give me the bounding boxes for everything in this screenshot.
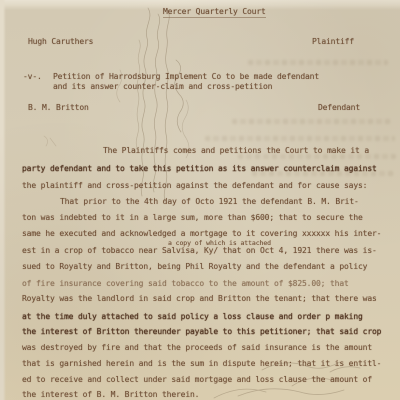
typed-line: same he executed and acknowledged a mort…	[22, 229, 381, 238]
typed-line: the interest of Britton thereunder payab…	[22, 327, 381, 336]
plaintiff-label: Plaintiff	[312, 37, 354, 46]
court-title: Mercer Quarterly Court	[163, 7, 266, 18]
defendant-label: Defendant	[318, 103, 360, 112]
typed-line: the plaintiff and cross-petition against…	[22, 181, 367, 190]
typed-line: The Plaintiffs comes and petitions the C…	[103, 146, 369, 155]
petition-caption-line2: and its answer counter-claim and cross-p…	[53, 82, 272, 91]
defendant-name: B. M. Britton	[28, 103, 89, 112]
typed-line: sued to Royalty and Britton, being Phil …	[22, 262, 367, 271]
typed-line: ton was indebted to it in a large sum, m…	[22, 213, 363, 222]
typed-line: that is garnished herein and is the sum …	[22, 359, 381, 368]
typed-line: party defendant and to take this petitio…	[22, 164, 377, 173]
bleed-through-mark	[232, 119, 392, 124]
petition-caption-line1: Petition of Harrodsburg Implement Co to …	[53, 72, 319, 81]
bleed-through-mark	[248, 60, 388, 65]
document-page: Mercer Quarterly Court Hugh Caruthers Pl…	[0, 0, 400, 400]
typed-line: Royalty was the landlord in said crop an…	[22, 294, 377, 303]
typed-line: That prior to the 4th day of Octo 1921 t…	[60, 197, 359, 206]
bleed-through-mark	[205, 136, 395, 141]
typed-line: of fire insurance covering said tobacco …	[22, 279, 349, 288]
typed-line: the interest of B. M. Britton therein.	[22, 390, 199, 399]
typed-line: ed to receive and collect under said mor…	[22, 375, 372, 384]
typed-line: was destroyed by fire and that the proce…	[22, 343, 372, 352]
versus-mark: -v-.	[23, 72, 42, 81]
plaintiff-name: Hugh Caruthers	[28, 37, 93, 46]
typed-line: est in a crop of tobacco near Salvisa, K…	[22, 246, 377, 255]
typed-line: at the time duly attached to said policy…	[22, 312, 363, 321]
